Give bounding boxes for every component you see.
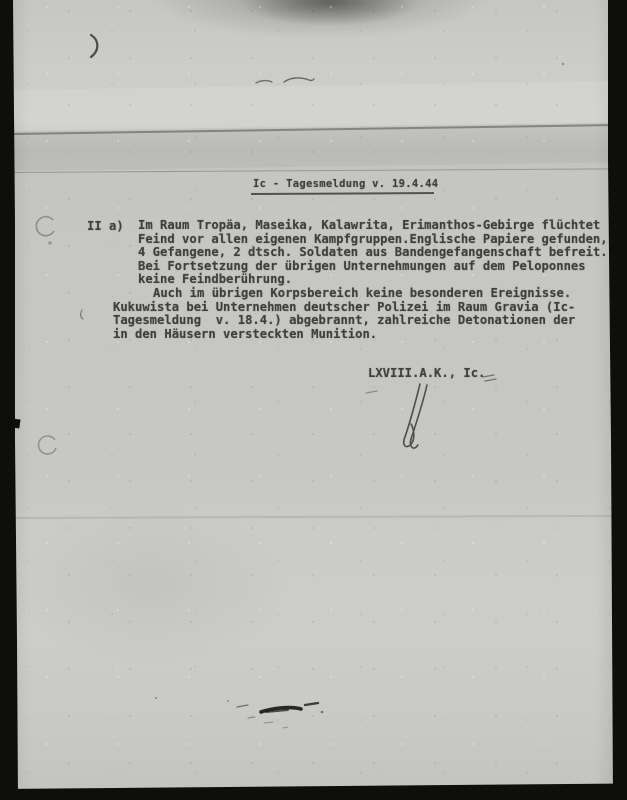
body-line: keine Feindberührung. — [138, 273, 608, 287]
body-line: Auch im übrigen Korpsbereich keine beson… — [153, 287, 608, 301]
body-line: Im Raum Tropäa, Maseika, Kalawrita, Erim… — [138, 219, 608, 233]
body-line: in den Häusern versteckten Munition. — [113, 328, 608, 342]
signature-unit-designation: LXVIII.A.K., Ic. — [368, 366, 485, 380]
body-line: 4 Gefangene, 2 dtsch. Soldaten aus Bande… — [138, 246, 608, 260]
paper-background — [0, 0, 627, 800]
document-title: Ic - Tagesmeldung v. 19.4.44 — [253, 178, 438, 190]
document-body: Im Raum Tropäa, Maseika, Kalawrita, Erim… — [113, 219, 608, 341]
title-underline — [251, 192, 434, 195]
scanned-document-page: Ic - Tagesmeldung v. 19.4.44 II a) Im Ra… — [0, 0, 627, 800]
fold-crease-bottom — [14, 515, 612, 519]
body-line: Tagesmeldung v. 18.4.) abgebrannt, zahlr… — [113, 314, 608, 328]
